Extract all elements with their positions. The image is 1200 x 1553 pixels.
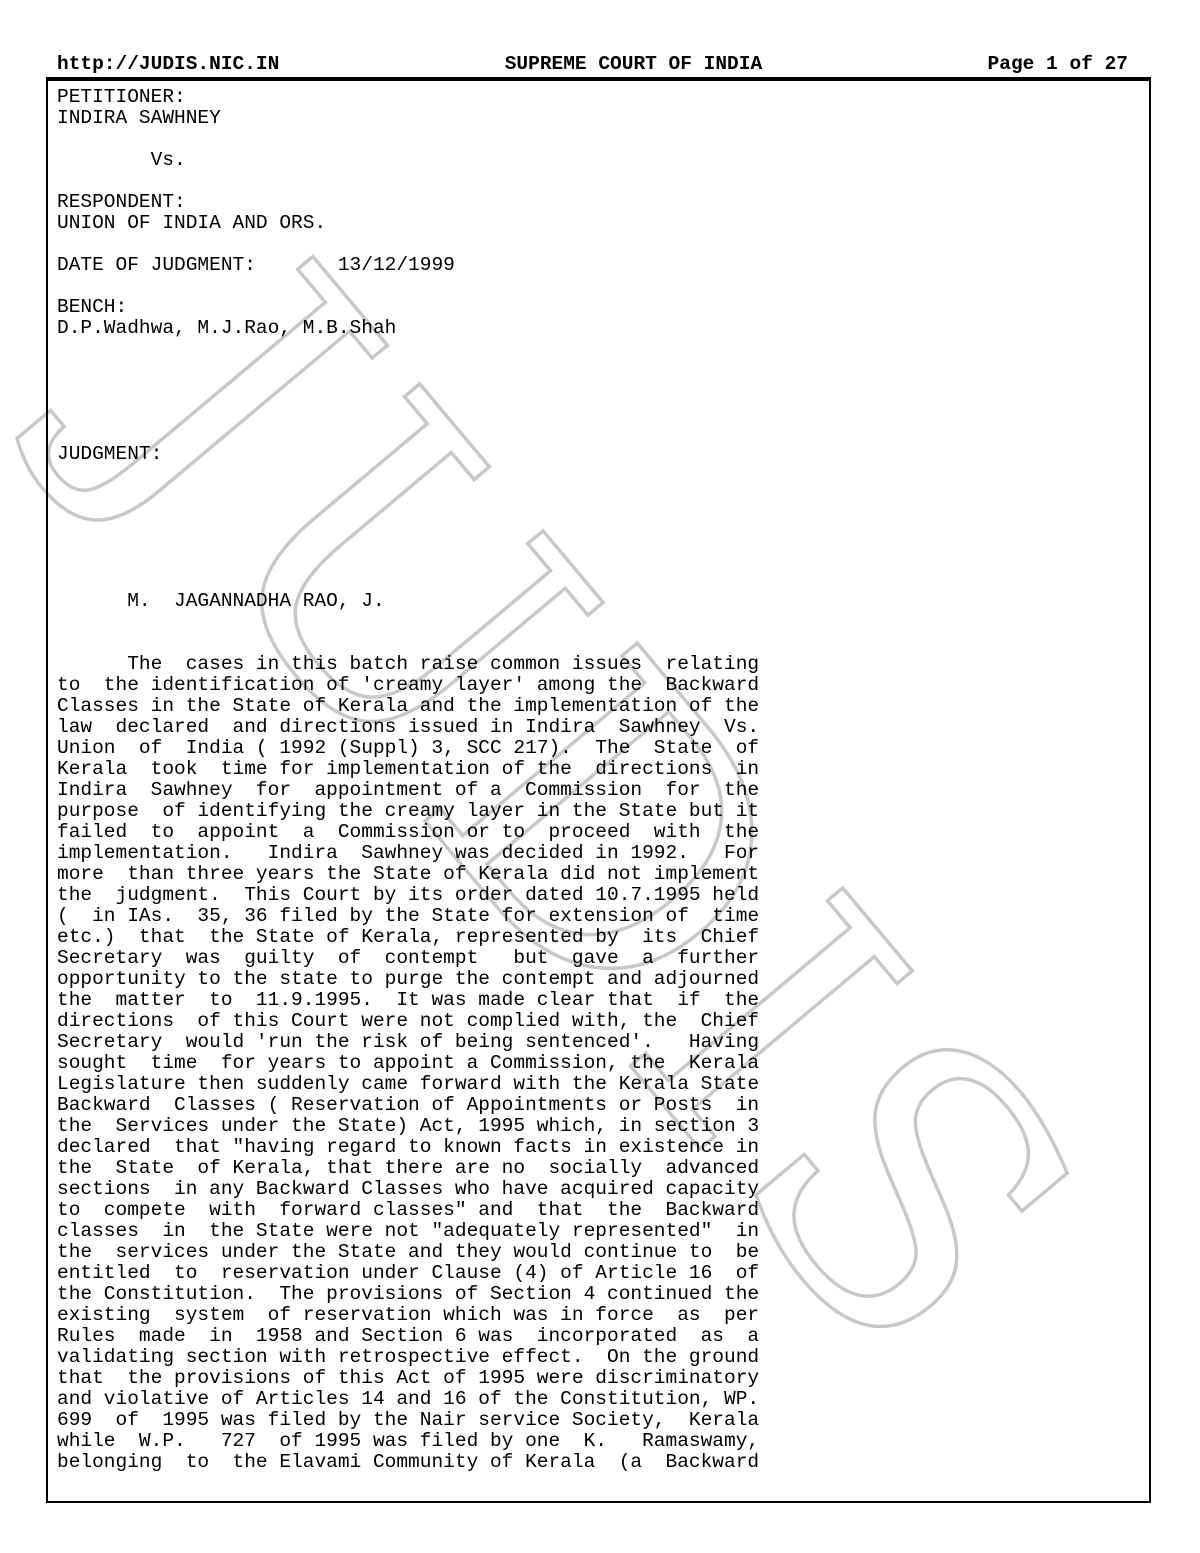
judgment-body-line: the judgment. This Court by its order da… xyxy=(57,885,1149,906)
respondent-name: UNION OF INDIA AND ORS. xyxy=(57,213,1149,234)
vs-label: Vs. xyxy=(57,150,1149,171)
judgment-body-line: Secretary was guilty of contempt but gav… xyxy=(57,948,1149,969)
judgment-body-line: to the identification of 'creamy layer' … xyxy=(57,675,1149,696)
judgment-body-line: Kerala took time for implementation of t… xyxy=(57,759,1149,780)
judgment-body-line: sought time for years to appoint a Commi… xyxy=(57,1053,1149,1074)
judgment-frame: PETITIONER: INDIRA SAWHNEY Vs. RESPONDEN… xyxy=(46,77,1151,1503)
bench-label: BENCH: xyxy=(57,297,1149,318)
bench-names: D.P.Wadhwa, M.J.Rao, M.B.Shah xyxy=(57,318,1149,339)
judgment-body-line: Backward Classes ( Reservation of Appoin… xyxy=(57,1095,1149,1116)
judgment-page: JUDIS http://JUDIS.NIC.IN SUPREME COURT … xyxy=(0,0,1200,1553)
date-of-judgment-line: DATE OF JUDGMENT:13/12/1999 xyxy=(57,255,1149,276)
judgment-body-line: ( in IAs. 35, 36 filed by the State for … xyxy=(57,906,1149,927)
judgment-body-line: The cases in this batch raise common iss… xyxy=(57,654,1149,675)
date-value: 13/12/1999 xyxy=(338,254,455,276)
judgment-body-line: Legislature then suddenly came forward w… xyxy=(57,1074,1149,1095)
judgment-body-line: while W.P. 727 of 1995 was filed by one … xyxy=(57,1431,1149,1452)
page-number: Page 1 of 27 xyxy=(988,54,1128,75)
judgment-body-line: validating section with retrospective ef… xyxy=(57,1347,1149,1368)
judgment-body-line: to compete with forward classes" and tha… xyxy=(57,1200,1149,1221)
judgment-body-line: more than three years the State of Keral… xyxy=(57,864,1149,885)
judgment-body-line: entitled to reservation under Clause (4)… xyxy=(57,1263,1149,1284)
judgment-body-line: etc.) that the State of Kerala, represen… xyxy=(57,927,1149,948)
judgment-body-line: existing system of reservation which was… xyxy=(57,1305,1149,1326)
judgment-body-line: opportunity to the state to purge the co… xyxy=(57,969,1149,990)
petitioner-name: INDIRA SAWHNEY xyxy=(57,108,1149,129)
judgment-body: The cases in this batch raise common iss… xyxy=(57,654,1149,1473)
judgment-body-line: law declared and directions issued in In… xyxy=(57,717,1149,738)
judgment-body-line: that the provisions of this Act of 1995 … xyxy=(57,1368,1149,1389)
judgment-body-line: Indira Sawhney for appointment of a Comm… xyxy=(57,780,1149,801)
judgment-body-line: declared that "having regard to known fa… xyxy=(57,1137,1149,1158)
judgment-body-line: Union of India ( 1992 (Suppl) 3, SCC 217… xyxy=(57,738,1149,759)
judgment-body-line: classes in the State were not "adequatel… xyxy=(57,1221,1149,1242)
page-header: http://JUDIS.NIC.IN SUPREME COURT OF IND… xyxy=(57,54,1128,75)
judgment-body-line: purpose of identifying the creamy layer … xyxy=(57,801,1149,822)
source-url: http://JUDIS.NIC.IN xyxy=(57,54,279,75)
judgment-body-line: belonging to the Elavami Community of Ke… xyxy=(57,1452,1149,1473)
judgment-body-line: implementation. Indira Sawhney was decid… xyxy=(57,843,1149,864)
judgment-body-line: Secretary would 'run the risk of being s… xyxy=(57,1032,1149,1053)
judgment-body-line: Classes in the State of Kerala and the i… xyxy=(57,696,1149,717)
date-label: DATE OF JUDGMENT: xyxy=(57,254,256,276)
judgment-body-line: Rules made in 1958 and Section 6 was inc… xyxy=(57,1326,1149,1347)
judgment-body-line: 699 of 1995 was filed by the Nair servic… xyxy=(57,1410,1149,1431)
judgment-body-line: the Services under the State) Act, 1995 … xyxy=(57,1116,1149,1137)
respondent-label: RESPONDENT: xyxy=(57,192,1149,213)
judgment-body-line: the matter to 11.9.1995. It was made cle… xyxy=(57,990,1149,1011)
judgment-body-line: the State of Kerala, that there are no s… xyxy=(57,1158,1149,1179)
judgment-body-line: directions of this Court were not compli… xyxy=(57,1011,1149,1032)
petitioner-label: PETITIONER: xyxy=(57,87,1149,108)
judgment-body-line: and violative of Articles 14 and 16 of t… xyxy=(57,1389,1149,1410)
page-title: SUPREME COURT OF INDIA xyxy=(505,54,762,75)
judgment-body-line: the services under the State and they wo… xyxy=(57,1242,1149,1263)
judgment-label: JUDGMENT: xyxy=(57,444,1149,465)
judgment-body-line: sections in any Backward Classes who hav… xyxy=(57,1179,1149,1200)
author-line: M. JAGANNADHA RAO, J. xyxy=(57,591,1149,612)
judgment-body-line: failed to appoint a Commission or to pro… xyxy=(57,822,1149,843)
judgment-body-line: the Constitution. The provisions of Sect… xyxy=(57,1284,1149,1305)
